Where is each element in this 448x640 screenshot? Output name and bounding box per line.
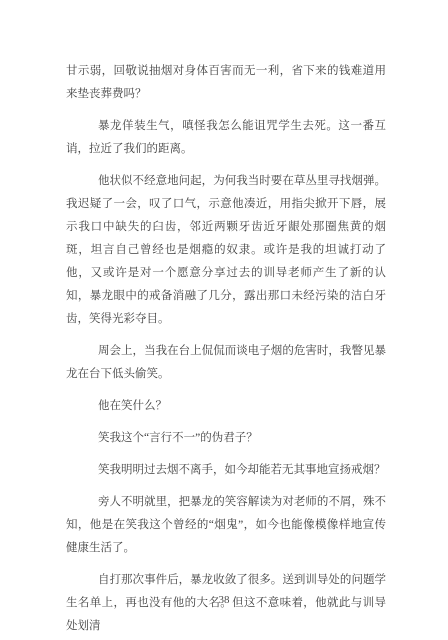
paragraph: 他在笑什么？ — [66, 395, 386, 418]
paragraph: 他状似不经意地问起，为何我当时要在草丛里寻找烟弹。我迟疑了一会，叹了口气，示意他… — [66, 170, 386, 331]
paragraph: 笑我明明过去烟不离手，如今却能若无其事地宣扬戒烟？ — [66, 459, 386, 482]
page-number: 38 — [0, 594, 448, 606]
document-page: 甘示弱，回敬说抽烟对身体百害而无一利，省下来的钱难道用来垫丧葬费吗？ 暴龙佯装生… — [0, 0, 448, 640]
paragraph: 周会上，当我在台上侃侃而谈电子烟的危害时，我瞥见暴龙在台下低头偷笑。 — [66, 340, 386, 386]
paragraph: 甘示弱，回敬说抽烟对身体百害而无一利，省下来的钱难道用来垫丧葬费吗？ — [66, 60, 386, 106]
paragraph: 旁人不明就里，把暴龙的笑容解读为对老师的不屑，殊不知，他是在笑我这个曾经的“烟鬼… — [66, 491, 386, 560]
paragraph: 笑我这个“言行不一”的伪君子？ — [66, 427, 386, 450]
paragraph: 暴龙佯装生气，嗔怪我怎么能诅咒学生去死。这一番互诮，拉近了我们的距离。 — [66, 115, 386, 161]
